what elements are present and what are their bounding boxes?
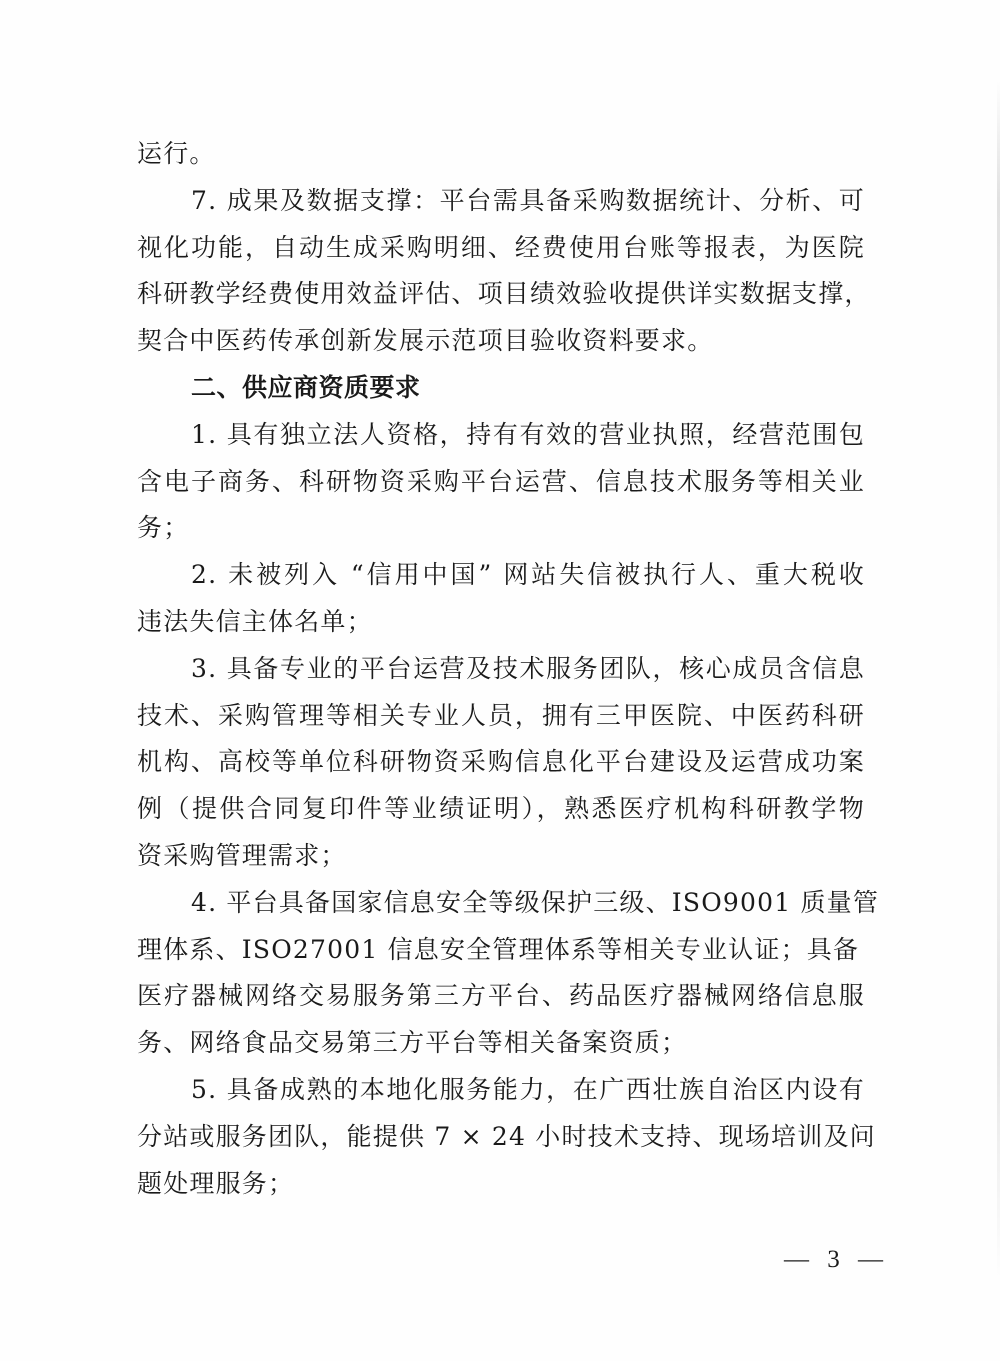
section-heading-supplier-qualifications: 二、供应商资质要求 bbox=[137, 365, 865, 412]
text-line: 例（提供合同复印件等业绩证明），熟悉医疗机构科研教学物 bbox=[137, 786, 865, 833]
item-3-line: 3. 具备专业的平台运营及技术服务团队，核心成员含信息 bbox=[137, 646, 865, 693]
text-line: 题处理服务； bbox=[137, 1161, 865, 1208]
text-line: 务、网络食品交易第三方平台等相关备案资质； bbox=[137, 1020, 865, 1067]
text-line: 分站或服务团队，能提供 7 × 24 小时技术支持、现场培训及问 bbox=[137, 1114, 865, 1161]
text-line: 契合中医药传承创新发展示范项目验收资料要求。 bbox=[137, 318, 865, 365]
text-line-continuation: 运行。 bbox=[137, 131, 865, 178]
item-5-line: 5. 具备成熟的本地化服务能力，在广西壮族自治区内设有 bbox=[137, 1067, 865, 1114]
item-1-line: 1. 具有独立法人资格，持有有效的营业执照，经营范围包 bbox=[137, 412, 865, 459]
text-line: 科研教学经费使用效益评估、项目绩效验收提供详实数据支撑， bbox=[137, 271, 865, 318]
text-line: 理体系、ISO27001 信息安全管理体系等相关专业认证；具备 bbox=[137, 927, 865, 974]
text-line: 技术、采购管理等相关专业人员，拥有三甲医院、中医药科研 bbox=[137, 693, 865, 740]
text-line: 机构、高校等单位科研物资采购信息化平台建设及运营成功案 bbox=[137, 739, 865, 786]
text-line: 视化功能，自动生成采购明细、经费使用台账等报表，为医院 bbox=[137, 225, 865, 272]
text-line: 违法失信主体名单； bbox=[137, 599, 865, 646]
text-line: 资采购管理需求； bbox=[137, 833, 865, 880]
text-line: 含电子商务、科研物资采购平台运营、信息技术服务等相关业 bbox=[137, 459, 865, 506]
page-number: — 3 — bbox=[784, 1246, 889, 1274]
item-4-line: 4. 平台具备国家信息安全等级保护三级、ISO9001 质量管 bbox=[137, 880, 865, 927]
document-page: 运行。 7. 成果及数据支撑：平台需具备采购数据统计、分析、可 视化功能，自动生… bbox=[0, 0, 1000, 1361]
text-line: 医疗器械网络交易服务第三方平台、药品医疗器械网络信息服 bbox=[137, 973, 865, 1020]
document-body: 运行。 7. 成果及数据支撑：平台需具备采购数据统计、分析、可 视化功能，自动生… bbox=[137, 131, 865, 1207]
item-2-line: 2. 未被列入 “信用中国” 网站失信被执行人、重大税收 bbox=[137, 552, 865, 599]
item-7-line: 7. 成果及数据支撑：平台需具备采购数据统计、分析、可 bbox=[137, 178, 865, 225]
text-line: 务； bbox=[137, 505, 865, 552]
